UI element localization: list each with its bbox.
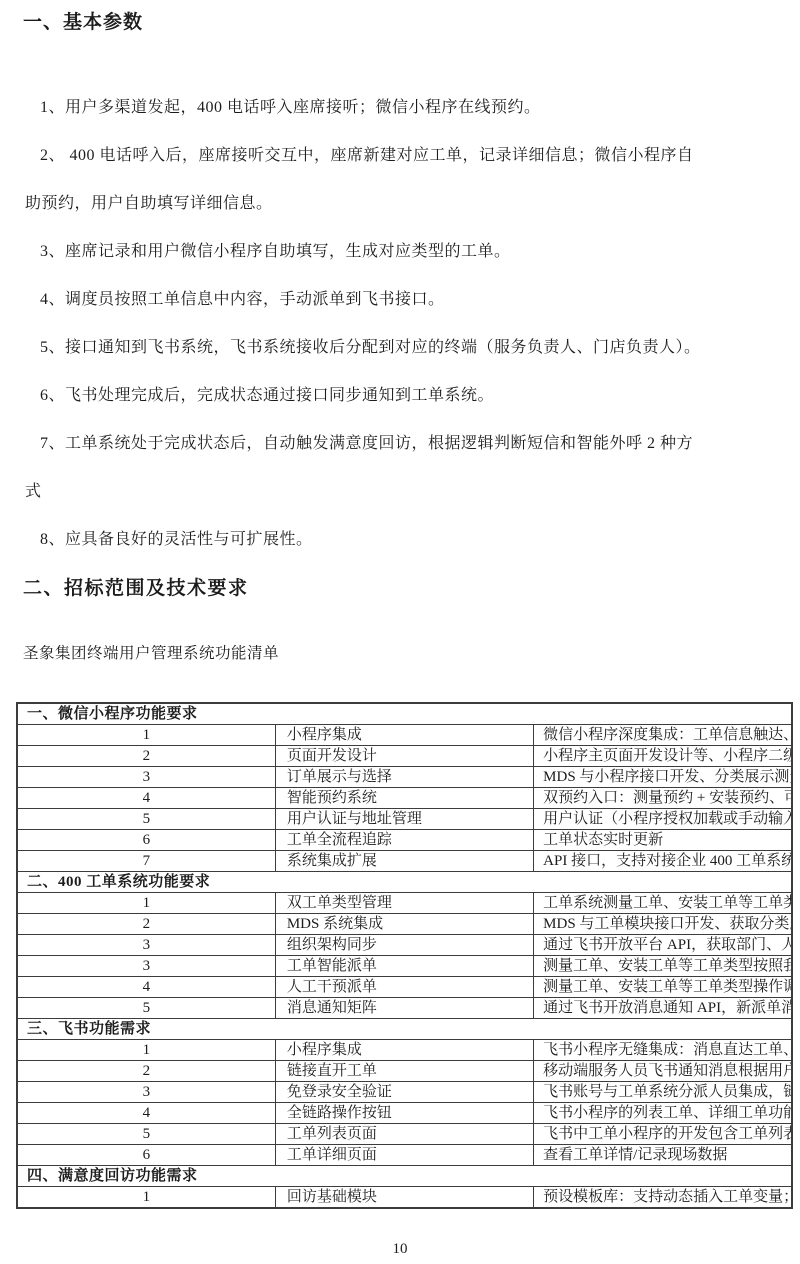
- row-description-cell: 通过飞书开放消息通知 API，新派单消息通知。: [534, 998, 792, 1019]
- row-number-cell: 6: [17, 1145, 275, 1166]
- row-description-cell: 工单系统测量工单、安装工单等工单类型页面功能: [534, 893, 792, 914]
- row-description-cell: 预设模板库：支持动态插入工单变量；: [534, 1187, 792, 1209]
- table-row: 6工单详细页面查看工单详情/记录现场数据: [17, 1145, 792, 1166]
- row-description-cell: 用户认证（小程序授权加载或手动输入手机号码）、支持添加/编辑详细地址: [534, 809, 792, 830]
- row-feature-cell: 小程序集成: [275, 1040, 533, 1061]
- row-number-cell: 6: [17, 830, 275, 851]
- row-number-cell: 2: [17, 914, 275, 935]
- table-section-title: 四、满意度回访功能需求: [17, 1166, 792, 1187]
- table-row: 6工单全流程追踪工单状态实时更新: [17, 830, 792, 851]
- page-number: 10: [0, 1241, 800, 1258]
- row-feature-cell: MDS 系统集成: [275, 914, 533, 935]
- row-number-cell: 3: [17, 935, 275, 956]
- table-row: 7系统集成扩展API 接口，支持对接企业 400 工单系统同步数据: [17, 851, 792, 872]
- body-line: 式: [0, 468, 800, 516]
- row-description-cell: 飞书账号与工单系统分派人员集成，链接跳转时自动完成身份认证: [534, 1082, 792, 1103]
- row-number-cell: 5: [17, 1124, 275, 1145]
- table-section-row: 三、飞书功能需求: [17, 1019, 792, 1040]
- row-feature-cell: 工单详细页面: [275, 1145, 533, 1166]
- row-description-cell: MDS 与工单模块接口开发、获取分类展示测量/安装服务项目: [534, 914, 792, 935]
- body-line: 4、调度员按照工单信息中内容，手动派单到飞书接口。: [0, 276, 800, 324]
- function-requirements-table: 一、微信小程序功能要求1小程序集成微信小程序深度集成：工单信息触达、全流程操作支…: [16, 702, 793, 1209]
- row-feature-cell: 全链路操作按钮: [275, 1103, 533, 1124]
- table-section-row: 二、400 工单系统功能要求: [17, 872, 792, 893]
- row-number-cell: 2: [17, 746, 275, 767]
- table-row: 4全链路操作按钮飞书小程序的列表工单、详细工单功能按钮（接单、查询、保存）等功能: [17, 1103, 792, 1124]
- row-feature-cell: 组织架构同步: [275, 935, 533, 956]
- body-line: 3、座席记录和用户微信小程序自助填写，生成对应类型的工单。: [0, 228, 800, 276]
- row-number-cell: 1: [17, 725, 275, 746]
- row-description-cell: 飞书中工单小程序的开发包含工单列表页面，分类筛选：待处理/进行中/已完成: [534, 1124, 792, 1145]
- body-line: 2、 400 电话呼入后，座席接听交互中，座席新建对应工单，记录详细信息；微信小…: [0, 132, 800, 180]
- row-number-cell: 4: [17, 1103, 275, 1124]
- row-feature-cell: 双工单类型管理: [275, 893, 533, 914]
- table-section-title: 一、微信小程序功能要求: [17, 703, 792, 725]
- row-description-cell: 微信小程序深度集成：工单信息触达、全流程操作支持。: [534, 725, 792, 746]
- row-feature-cell: 人工干预派单: [275, 977, 533, 998]
- table-row: 3订单展示与选择MDS 与小程序接口开发、分类展示测量/安装服务项目: [17, 767, 792, 788]
- row-number-cell: 1: [17, 1040, 275, 1061]
- body-line: 1、用户多渠道发起，400 电话呼入座席接听；微信小程序在线预约。: [0, 84, 800, 132]
- table-row: 1双工单类型管理工单系统测量工单、安装工单等工单类型页面功能: [17, 893, 792, 914]
- function-list-subtitle: 圣象集团终端用户管理系统功能清单: [23, 644, 800, 664]
- row-feature-cell: 用户认证与地址管理: [275, 809, 533, 830]
- row-feature-cell: 小程序集成: [275, 725, 533, 746]
- row-number-cell: 3: [17, 1082, 275, 1103]
- row-feature-cell: 系统集成扩展: [275, 851, 533, 872]
- row-number-cell: 2: [17, 1061, 275, 1082]
- row-number-cell: 1: [17, 1187, 275, 1209]
- table-row: 4智能预约系统双预约入口：测量预约 + 安装预约、可视化日历选择日期/时段: [17, 788, 792, 809]
- row-description-cell: 查看工单详情/记录现场数据: [534, 1145, 792, 1166]
- row-feature-cell: 回访基础模块: [275, 1187, 533, 1209]
- row-description-cell: 小程序主页面开发设计等、小程序二级菜单开发展示等: [534, 746, 792, 767]
- document-page: 一、基本参数 1、用户多渠道发起，400 电话呼入座席接听；微信小程序在线预约。…: [0, 0, 800, 1264]
- row-description-cell: 工单状态实时更新: [534, 830, 792, 851]
- body-line: 8、应具备良好的灵活性与可扩展性。: [0, 516, 800, 564]
- row-feature-cell: 页面开发设计: [275, 746, 533, 767]
- table-row: 3组织架构同步通过飞书开放平台 API，获取部门、人员信息: [17, 935, 792, 956]
- row-number-cell: 5: [17, 809, 275, 830]
- table-row: 5用户认证与地址管理用户认证（小程序授权加载或手动输入手机号码）、支持添加/编辑…: [17, 809, 792, 830]
- row-number-cell: 1: [17, 893, 275, 914]
- body-line: 7、工单系统处于完成状态后，自动触发满意度回访，根据逻辑判断短信和智能外呼 2 …: [0, 420, 800, 468]
- row-feature-cell: 消息通知矩阵: [275, 998, 533, 1019]
- table-row: 2MDS 系统集成MDS 与工单模块接口开发、获取分类展示测量/安装服务项目: [17, 914, 792, 935]
- table-section-title: 二、400 工单系统功能要求: [17, 872, 792, 893]
- row-description-cell: 飞书小程序无缝集成：消息直达工单、组织架构同步、闭环操作。: [534, 1040, 792, 1061]
- table-section-row: 四、满意度回访功能需求: [17, 1166, 792, 1187]
- row-feature-cell: 工单智能派单: [275, 956, 533, 977]
- table-section-title: 三、飞书功能需求: [17, 1019, 792, 1040]
- row-description-cell: 通过飞书开放平台 API，获取部门、人员信息: [534, 935, 792, 956]
- row-number-cell: 4: [17, 788, 275, 809]
- table-row: 1回访基础模块预设模板库：支持动态插入工单变量；: [17, 1187, 792, 1209]
- table-row: 1小程序集成飞书小程序无缝集成：消息直达工单、组织架构同步、闭环操作。: [17, 1040, 792, 1061]
- row-number-cell: 4: [17, 977, 275, 998]
- table-row: 4人工干预派单测量工单、安装工单等工单类型操作调整、管理员可手动更换终端接收人员: [17, 977, 792, 998]
- row-number-cell: 7: [17, 851, 275, 872]
- row-number-cell: 3: [17, 956, 275, 977]
- body-line: 5、接口通知到飞书系统，飞书系统接收后分配到对应的终端（服务负责人、门店负责人）…: [0, 324, 800, 372]
- row-feature-cell: 智能预约系统: [275, 788, 533, 809]
- table-row: 3工单智能派单测量工单、安装工单等工单类型按照我司设定条件机制，系统自动派单流程: [17, 956, 792, 977]
- row-feature-cell: 工单列表页面: [275, 1124, 533, 1145]
- row-feature-cell: 链接直开工单: [275, 1061, 533, 1082]
- row-feature-cell: 订单展示与选择: [275, 767, 533, 788]
- row-description-cell: 移动端服务人员飞书通知消息根据用户权限自动跳转工单 H5 页面: [534, 1061, 792, 1082]
- row-description-cell: API 接口，支持对接企业 400 工单系统同步数据: [534, 851, 792, 872]
- row-description-cell: 测量工单、安装工单等工单类型操作调整、管理员可手动更换终端接收人员: [534, 977, 792, 998]
- table-section-row: 一、微信小程序功能要求: [17, 703, 792, 725]
- body-line: 助预约，用户自助填写详细信息。: [0, 180, 800, 228]
- table-row: 3免登录安全验证飞书账号与工单系统分派人员集成，链接跳转时自动完成身份认证: [17, 1082, 792, 1103]
- row-feature-cell: 工单全流程追踪: [275, 830, 533, 851]
- table-row: 2页面开发设计小程序主页面开发设计等、小程序二级菜单开发展示等: [17, 746, 792, 767]
- body-line: 6、飞书处理完成后，完成状态通过接口同步通知到工单系统。: [0, 372, 800, 420]
- section-heading-bid-scope: 二、招标范围及技术要求: [23, 574, 800, 604]
- row-description-cell: 飞书小程序的列表工单、详细工单功能按钮（接单、查询、保存）等功能: [534, 1103, 792, 1124]
- row-description-cell: 双预约入口：测量预约 + 安装预约、可视化日历选择日期/时段: [534, 788, 792, 809]
- table-row: 5消息通知矩阵通过飞书开放消息通知 API，新派单消息通知。: [17, 998, 792, 1019]
- table-row: 5工单列表页面飞书中工单小程序的开发包含工单列表页面，分类筛选：待处理/进行中/…: [17, 1124, 792, 1145]
- section-heading-basic-params: 一、基本参数: [23, 8, 800, 38]
- row-feature-cell: 免登录安全验证: [275, 1082, 533, 1103]
- row-description-cell: 测量工单、安装工单等工单类型按照我司设定条件机制，系统自动派单流程: [534, 956, 792, 977]
- row-number-cell: 5: [17, 998, 275, 1019]
- table-row: 2链接直开工单移动端服务人员飞书通知消息根据用户权限自动跳转工单 H5 页面: [17, 1061, 792, 1082]
- row-description-cell: MDS 与小程序接口开发、分类展示测量/安装服务项目: [534, 767, 792, 788]
- row-number-cell: 3: [17, 767, 275, 788]
- basic-params-paragraphs: 1、用户多渠道发起，400 电话呼入座席接听；微信小程序在线预约。2、 400 …: [0, 84, 800, 564]
- table-row: 1小程序集成微信小程序深度集成：工单信息触达、全流程操作支持。: [17, 725, 792, 746]
